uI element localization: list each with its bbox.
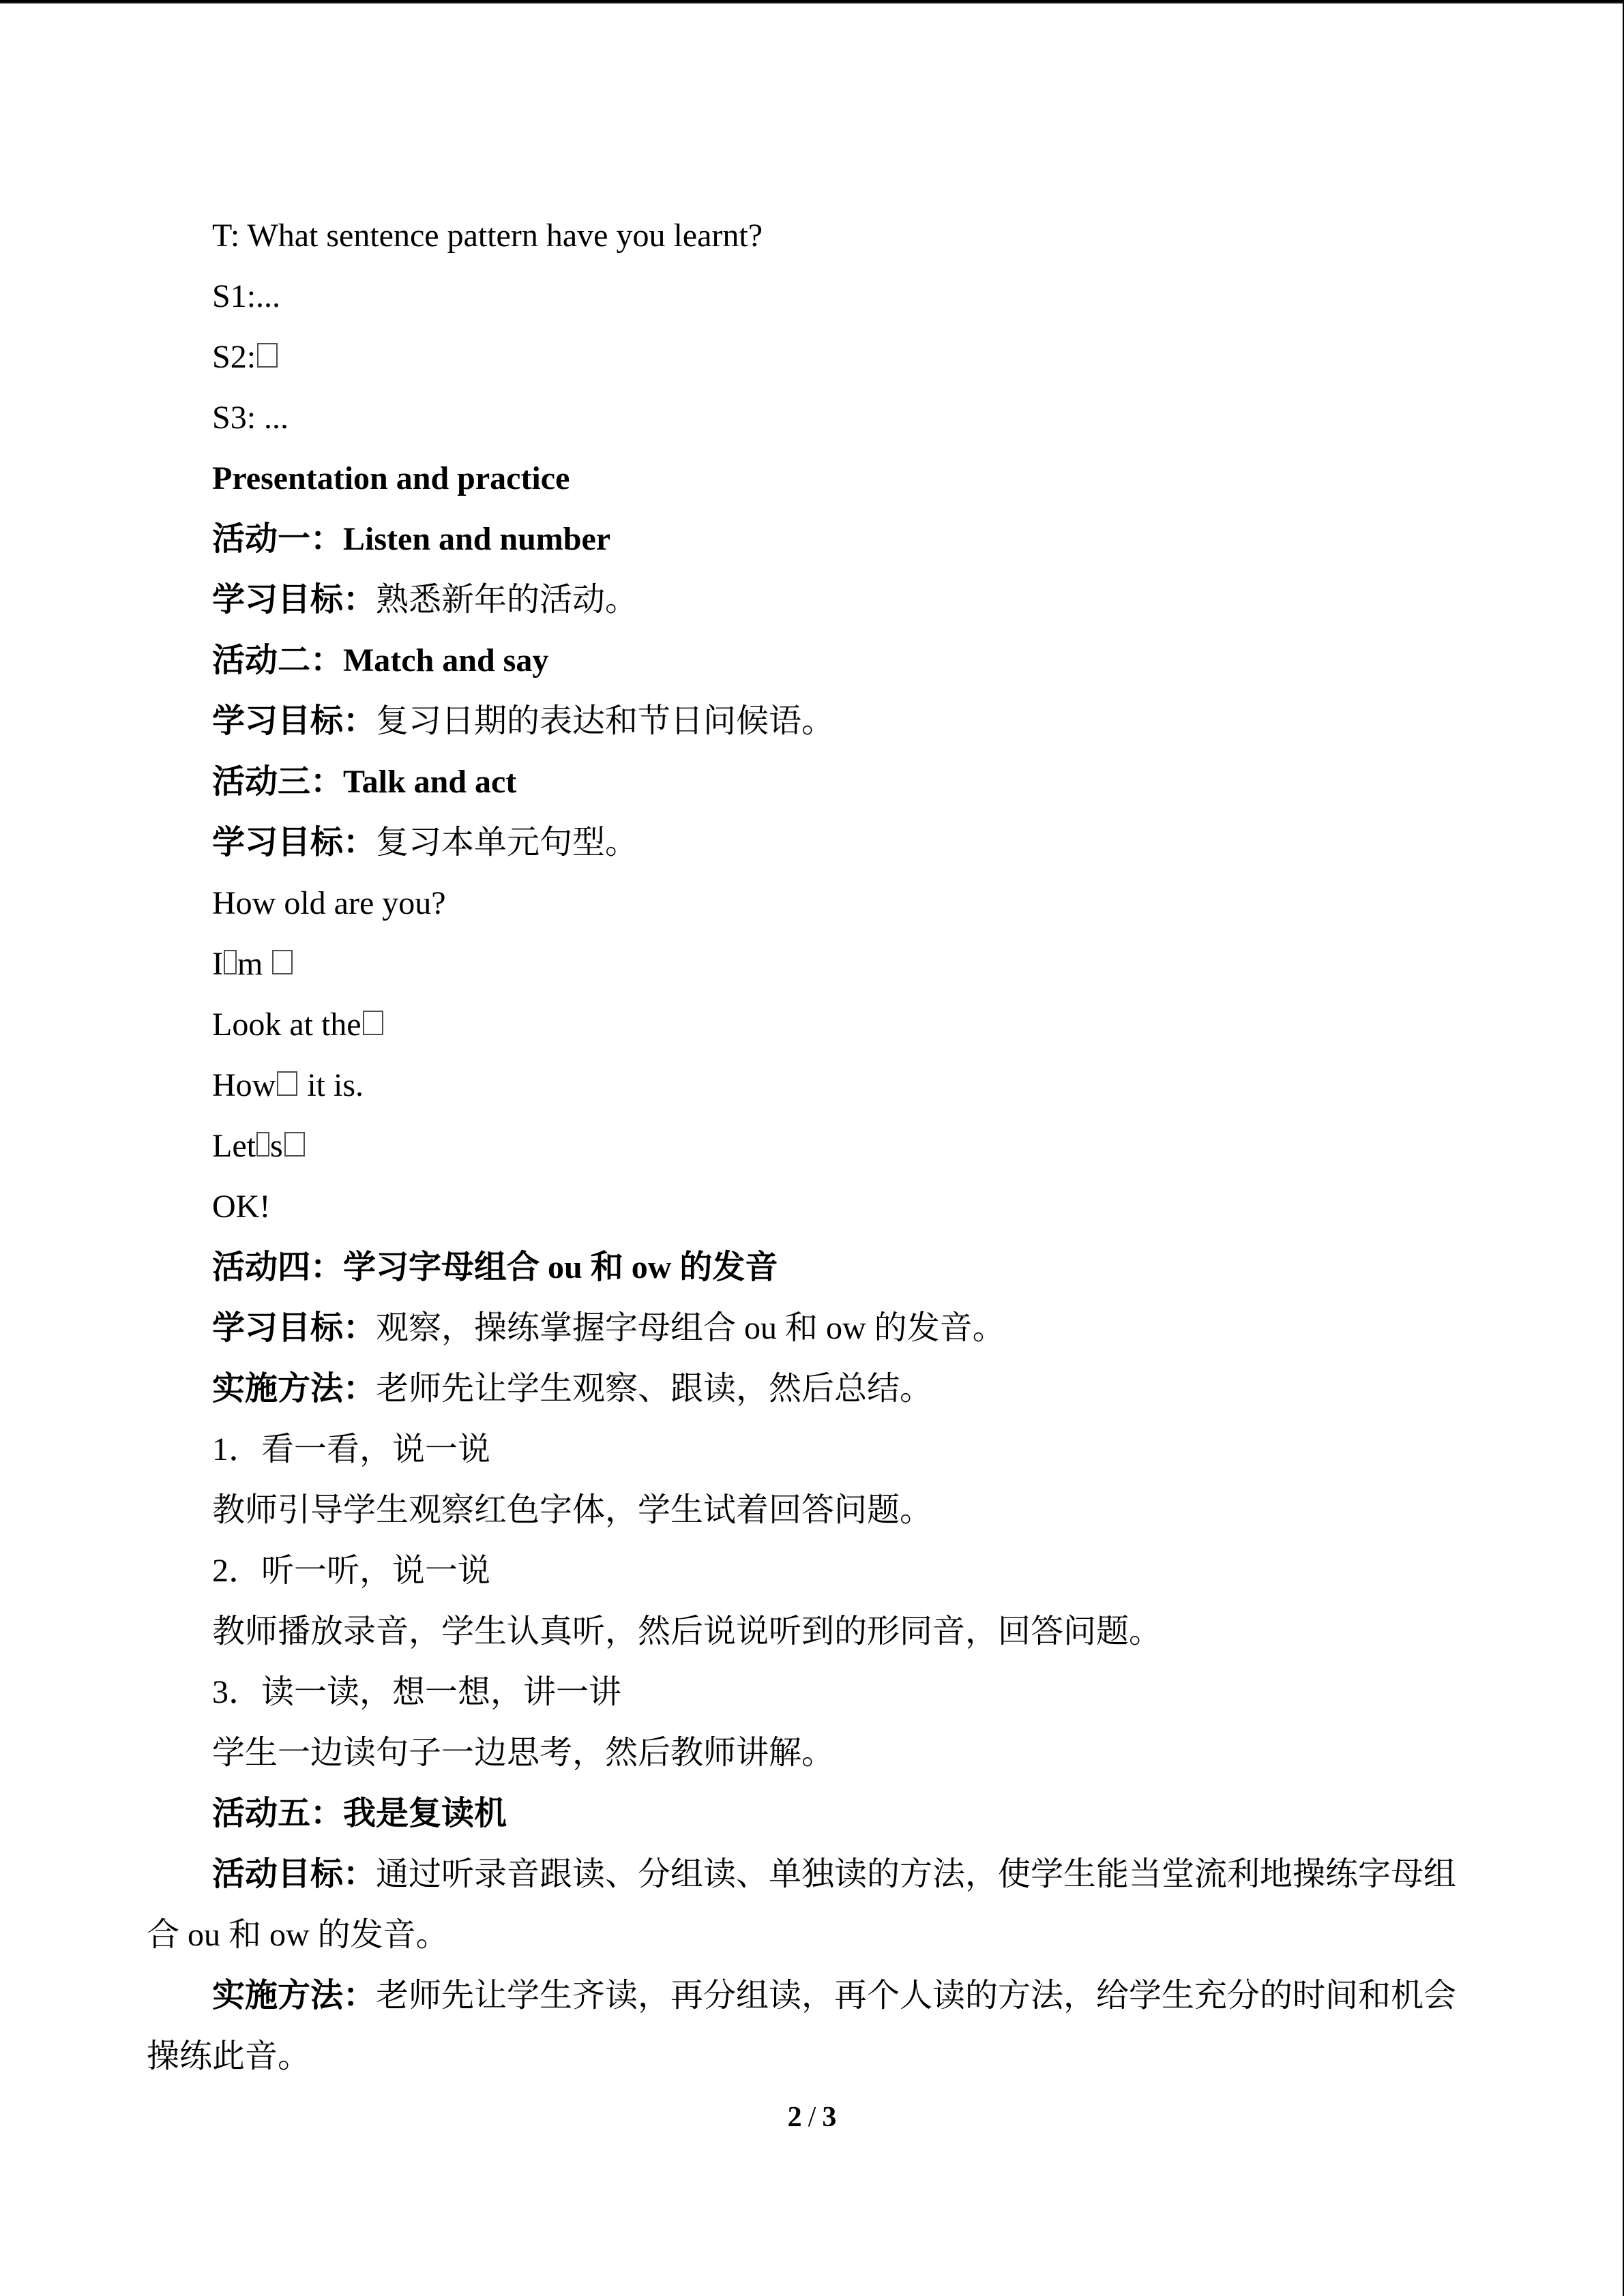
- text-run: 教师播放录音，学生认真听，然后说说听到的形同音，回答问题。: [212, 1613, 1162, 1650]
- text-line-25: 3．读一读，想一想，讲一讲: [147, 1662, 1477, 1723]
- text-line-11: 学习目标：复习本单元句型。: [147, 812, 1477, 873]
- text-run: 观察，操练掌握字母组合 ou 和 ow 的发音。: [376, 1310, 1005, 1346]
- text-run: 实施方法：: [212, 1371, 376, 1407]
- missing-glyph-box: [284, 1132, 305, 1157]
- text-line-6: 活动一：Listen and number: [147, 509, 1477, 569]
- text-line-12: How old are you?: [147, 873, 1477, 934]
- text-line-16: Lets: [147, 1116, 1477, 1176]
- text-run: 操练此音。: [147, 2038, 310, 2074]
- text-run: Let: [212, 1128, 256, 1164]
- text-line-24: 教师播放录音，学生认真听，然后说说听到的形同音，回答问题。: [147, 1601, 1477, 1662]
- text-run: 2．听一听，说一说: [212, 1553, 490, 1589]
- text-line-18: 活动四：学习字母组合 ou 和 ow 的发音: [147, 1237, 1477, 1298]
- text-line-2: S1:...: [147, 266, 1477, 327]
- text-line-23: 2．听一听，说一说: [147, 1540, 1477, 1601]
- text-run: T: What sentence pattern have you learnt…: [212, 218, 763, 254]
- page-number-separator: /: [808, 2102, 816, 2133]
- text-line-14: Look at the: [147, 994, 1477, 1055]
- text-line-8: 活动二：Match and say: [147, 630, 1477, 691]
- text-run: m: [237, 946, 271, 982]
- text-run: S3: ...: [212, 400, 289, 436]
- text-run: 老师先让学生观察、跟读，然后总结。: [376, 1371, 932, 1407]
- missing-glyph-box: [256, 1132, 269, 1157]
- text-line-1: T: What sentence pattern have you learnt…: [147, 205, 1477, 266]
- text-line-30: 实施方法：老师先让学生齐读，再分组读，再个人读的方法，给学生充分的时间和机会: [147, 1965, 1477, 2026]
- text-line-19: 学习目标：观察，操练掌握字母组合 ou 和 ow 的发音。: [147, 1298, 1477, 1358]
- text-run: 通过听录音跟读、分组读、单独读的方法，使学生能当堂流利地操练字母组: [376, 1856, 1456, 1892]
- text-run: 合 ou 和 ow 的发音。: [147, 1917, 449, 1953]
- document-body: T: What sentence pattern have you learnt…: [147, 205, 1477, 2087]
- text-run: 老师先让学生齐读，再分组读，再个人读的方法，给学生充分的时间和机会: [376, 1978, 1456, 2014]
- text-run: 学生一边读句子一边思考，然后教师讲解。: [212, 1735, 834, 1771]
- text-run: I: [212, 946, 223, 982]
- text-run: s: [270, 1128, 283, 1164]
- text-run: 活动二：Match and say: [212, 642, 548, 679]
- text-line-13: Im: [147, 934, 1477, 994]
- text-line-31: 操练此音。: [147, 2026, 1477, 2087]
- text-run: Presentation and practice: [212, 460, 570, 496]
- text-line-3: S2:: [147, 327, 1477, 387]
- text-line-4: S3: ...: [147, 387, 1477, 448]
- text-run: 学习目标：: [212, 582, 376, 618]
- text-run: it is.: [299, 1067, 364, 1103]
- text-run: 复习本单元句型。: [376, 824, 638, 861]
- text-run: 1．看一看，说一说: [212, 1431, 490, 1467]
- page-number: 2/3: [0, 2100, 1624, 2134]
- text-run: 复习日期的表达和节日问候语。: [376, 703, 834, 739]
- text-line-9: 学习目标：复习日期的表达和节日问候语。: [147, 691, 1477, 751]
- text-line-28: 活动目标：通过听录音跟读、分组读、单独读的方法，使学生能当堂流利地操练字母组: [147, 1844, 1477, 1905]
- text-line-27: 活动五：我是复读机: [147, 1783, 1477, 1844]
- text-run: 活动五：我是复读机: [212, 1795, 507, 1832]
- text-line-21: 1．看一看，说一说: [147, 1419, 1477, 1480]
- text-line-20: 实施方法：老师先让学生观察、跟读，然后总结。: [147, 1358, 1477, 1419]
- text-line-10: 活动三：Talk and act: [147, 751, 1477, 812]
- missing-glyph-box: [363, 1011, 383, 1035]
- page-number-total: 3: [822, 2102, 836, 2133]
- text-run: How old are you?: [212, 885, 446, 921]
- text-run: Look at the: [212, 1007, 361, 1043]
- text-run: 学习目标：: [212, 824, 376, 861]
- text-line-15: How it is.: [147, 1055, 1477, 1116]
- page-number-current: 2: [788, 2102, 802, 2133]
- missing-glyph-box: [257, 343, 278, 368]
- text-line-5: Presentation and practice: [147, 448, 1477, 509]
- text-run: 活动一：Listen and number: [212, 521, 610, 557]
- text-run: 实施方法：: [212, 1978, 376, 2014]
- missing-glyph-box: [224, 950, 237, 974]
- missing-glyph-box: [272, 950, 293, 974]
- text-run: S1:...: [212, 278, 280, 314]
- text-run: 活动四：学习字母组合 ou 和 ow 的发音: [212, 1249, 778, 1285]
- text-run: 活动目标：: [212, 1856, 376, 1892]
- text-line-22: 教师引导学生观察红色字体，学生试着回答问题。: [147, 1480, 1477, 1540]
- missing-glyph-box: [277, 1071, 297, 1096]
- text-run: OK!: [212, 1189, 270, 1225]
- page-top-border-shadow: [0, 3, 1624, 4]
- text-run: 教师引导学生观察红色字体，学生试着回答问题。: [212, 1492, 932, 1528]
- text-run: How: [212, 1067, 276, 1103]
- text-run: 活动三：Talk and act: [212, 764, 516, 800]
- text-run: 学习目标：: [212, 1310, 376, 1346]
- text-run: 3．读一读，想一想，讲一讲: [212, 1674, 621, 1710]
- text-line-26: 学生一边读句子一边思考，然后教师讲解。: [147, 1723, 1477, 1783]
- text-line-7: 学习目标：熟悉新年的活动。: [147, 569, 1477, 630]
- text-run: S2:: [212, 339, 256, 375]
- text-line-17: OK!: [147, 1176, 1477, 1237]
- text-run: 学习目标：: [212, 703, 376, 739]
- document-page: T: What sentence pattern have you learnt…: [0, 0, 1624, 2296]
- text-line-29: 合 ou 和 ow 的发音。: [147, 1905, 1477, 1965]
- text-run: 熟悉新年的活动。: [376, 582, 638, 618]
